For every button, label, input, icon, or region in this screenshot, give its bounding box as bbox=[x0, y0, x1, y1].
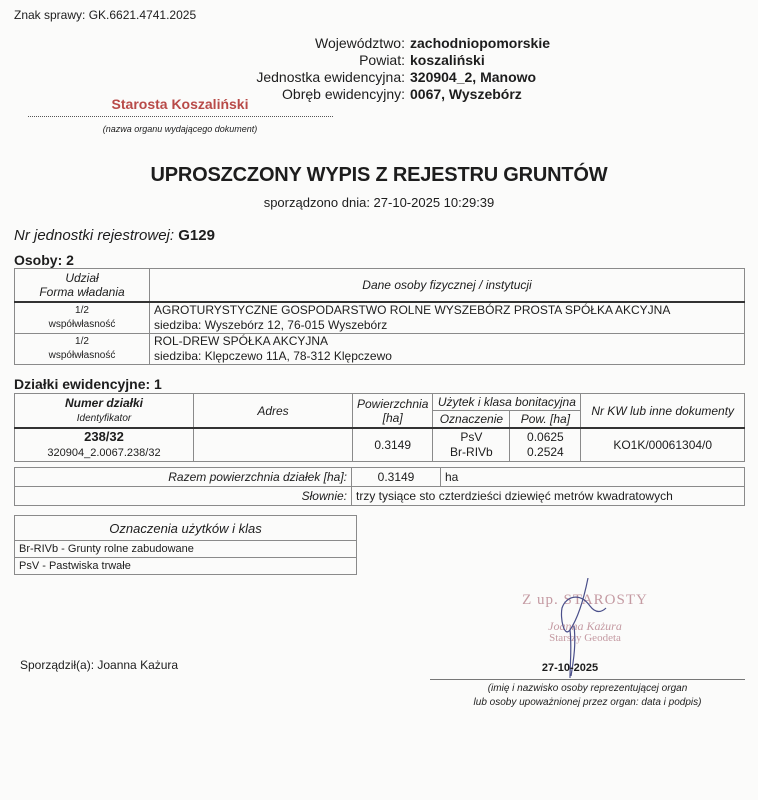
share-value: 1/2 bbox=[75, 305, 89, 316]
total-area-value: 0.3149 bbox=[352, 468, 441, 487]
issuer-caption: (nazwa organu wydającego dokument) bbox=[30, 124, 330, 134]
col-use-area: Pow. [ha] bbox=[510, 411, 581, 429]
plot-identifier: 320904_2.0067.238/32 bbox=[47, 447, 160, 459]
registry-unit: Nr jednostki rejestrowej: G129 bbox=[14, 227, 215, 244]
person-seat: siedziba: Wyszebórz 12, 76-015 Wyszebórz bbox=[154, 318, 387, 332]
persons-heading: Osoby: 2 bbox=[14, 252, 74, 268]
use-area: 0.0625 bbox=[527, 430, 564, 444]
legend-title: Oznaczenia użytków i klas bbox=[15, 516, 357, 541]
use-designation: PsV bbox=[460, 430, 482, 444]
table-row: Słownie: trzy tysiące sto czterdzieści d… bbox=[15, 487, 745, 506]
total-area-label: Razem powierzchnia działek [ha]: bbox=[15, 468, 352, 487]
signature-caption-line: lub osoby upoważnionej przez organ: data… bbox=[474, 697, 702, 708]
col-identifier-label: Identyfikator bbox=[77, 413, 131, 424]
prepared-date: sporządzono dnia: 27-10-2025 10:29:39 bbox=[0, 195, 758, 210]
words-label: Słownie: bbox=[15, 487, 352, 506]
total-area-unit: ha bbox=[441, 468, 745, 487]
signature-date: 27-10-2025 bbox=[540, 662, 600, 674]
person-name: AGROTURYSTYCZNE GOSPODARSTWO ROLNE WYSZE… bbox=[154, 303, 670, 317]
persons-table: Udział Forma władania Dane osoby fizyczn… bbox=[14, 268, 745, 365]
plots-heading: Działki ewidencyjne: 1 bbox=[14, 376, 162, 392]
signature-caption-line: (imię i nazwisko osoby reprezentującej o… bbox=[488, 683, 688, 694]
use-area: 0.2524 bbox=[527, 445, 564, 459]
location-value: 0067, Wyszebórz bbox=[410, 84, 522, 104]
area-summary-table: Razem powierzchnia działek [ha]: 0.3149 … bbox=[14, 467, 745, 506]
col-area: Powierzchnia [ha] bbox=[353, 394, 433, 429]
ownership-form: współwłasność bbox=[49, 350, 116, 361]
document-title: UPROSZCZONY WYPIS Z REJESTRU GRUNTÓW bbox=[0, 164, 758, 187]
col-person-data: Dane osoby fizycznej / instytucji bbox=[150, 269, 745, 303]
col-use-class: Użytek i klasa bonitacyjna bbox=[433, 394, 581, 411]
use-designation-cell: PsV Br-RIVb bbox=[433, 428, 510, 462]
share-cell: 1/2 współwłasność bbox=[15, 302, 150, 334]
col-share-label: Udział bbox=[65, 271, 98, 285]
plot-number: 238/32 bbox=[84, 429, 124, 444]
col-area-unit: [ha] bbox=[383, 411, 403, 425]
person-name: ROL-DREW SPÓŁKA AKCYJNA bbox=[154, 334, 328, 348]
plots-table: Numer działki Identyfikator Adres Powier… bbox=[14, 393, 745, 462]
plot-address bbox=[194, 428, 353, 462]
plot-number-cell: 238/32 320904_2.0067.238/32 bbox=[15, 428, 194, 462]
registry-unit-label: Nr jednostki rejestrowej: bbox=[14, 227, 174, 244]
col-form-label: Forma władania bbox=[39, 285, 124, 299]
plot-area: 0.3149 bbox=[353, 428, 433, 462]
issuer-name: Starosta Koszaliński bbox=[30, 96, 330, 112]
plot-kw: KO1K/00061304/0 bbox=[581, 428, 745, 462]
registry-unit-value: G129 bbox=[178, 227, 215, 244]
table-row: 238/32 320904_2.0067.238/32 0.3149 PsV B… bbox=[15, 428, 745, 462]
ownership-form: współwłasność bbox=[49, 319, 116, 330]
prepared-by: Sporządził(a): Joanna Każura bbox=[20, 658, 178, 672]
legend-item: PsV - Pastwiska trwałe bbox=[15, 558, 357, 575]
col-address: Adres bbox=[194, 394, 353, 429]
land-use-legend: Oznaczenia użytków i klas Br-RIVb - Grun… bbox=[14, 515, 357, 575]
col-designation: Oznaczenie bbox=[433, 411, 510, 429]
case-number: Znak sprawy: GK.6621.4741.2025 bbox=[14, 8, 196, 22]
issuer-dotted-line bbox=[28, 116, 333, 117]
words-value: trzy tysiące sto czterdzieści dziewięć m… bbox=[352, 487, 745, 506]
col-share: Udział Forma władania bbox=[15, 269, 150, 303]
col-kw: Nr KW lub inne dokumenty bbox=[581, 394, 745, 429]
table-row: 1/2 współwłasność ROL-DREW SPÓŁKA AKCYJN… bbox=[15, 334, 745, 365]
col-plot-number-label: Numer działki bbox=[65, 396, 143, 410]
person-cell: AGROTURYSTYCZNE GOSPODARSTWO ROLNE WYSZE… bbox=[150, 302, 745, 334]
col-area-label: Powierzchnia bbox=[357, 397, 428, 411]
table-row: 1/2 współwłasność AGROTURYSTYCZNE GOSPOD… bbox=[15, 302, 745, 334]
share-value: 1/2 bbox=[75, 336, 89, 347]
col-plot-number: Numer działki Identyfikator bbox=[15, 394, 194, 429]
signature-caption: (imię i nazwisko osoby reprezentującej o… bbox=[430, 682, 745, 710]
table-row: Razem powierzchnia działek [ha]: 0.3149 … bbox=[15, 468, 745, 487]
signature-line bbox=[430, 679, 745, 680]
use-area-cell: 0.0625 0.2524 bbox=[510, 428, 581, 462]
share-cell: 1/2 współwłasność bbox=[15, 334, 150, 365]
legend-item: Br-RIVb - Grunty rolne zabudowane bbox=[15, 541, 357, 558]
person-cell: ROL-DREW SPÓŁKA AKCYJNA siedziba: Klępcz… bbox=[150, 334, 745, 365]
use-designation: Br-RIVb bbox=[450, 445, 493, 459]
person-seat: siedziba: Klępczewo 11A, 78-312 Klępczew… bbox=[154, 349, 392, 363]
